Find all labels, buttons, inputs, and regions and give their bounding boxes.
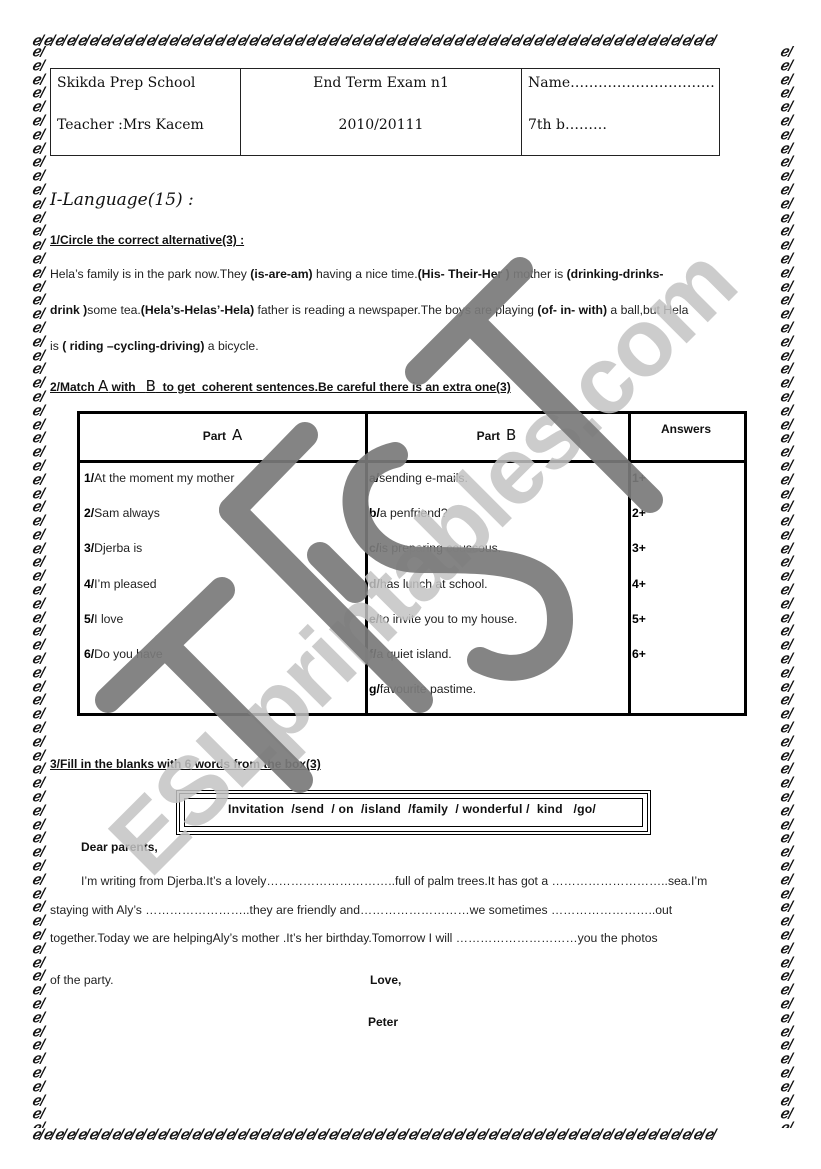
decorative-border-top: ℯ/ℯ/ℯ/ℯ/ℯ/ℯ/ℯ/ℯ/ℯ/ℯ/ℯ/ℯ/ℯ/ℯ/ℯ/ℯ/ℯ/ℯ/ℯ/ℯ/… bbox=[32, 33, 797, 49]
part-b-item: f/a quiet island. bbox=[369, 642, 626, 677]
item-number: c/ bbox=[369, 541, 379, 555]
answer-row: 1+ bbox=[632, 466, 742, 501]
answer-slot[interactable]: 4+ bbox=[632, 577, 646, 591]
item-number: b/ bbox=[369, 506, 380, 520]
part-b-item: a/sending e-mails. bbox=[369, 466, 626, 501]
word-box: Invitation /send / on /island /family / … bbox=[176, 790, 651, 835]
answer-slot[interactable]: 1+ bbox=[632, 471, 646, 485]
school-year: 2010/20111 bbox=[241, 117, 521, 133]
question-1-instruction: 1/Circle the correct alternative(3) : bbox=[50, 233, 244, 247]
part-b-header-label: Part bbox=[477, 429, 500, 443]
part-b-item: c/is preparing couscous. bbox=[369, 536, 626, 571]
decorative-border-left: ℯ/ℯ/ℯ/ℯ/ℯ/ℯ/ℯ/ℯ/ℯ/ℯ/ℯ/ℯ/ℯ/ℯ/ℯ/ℯ/ℯ/ℯ/ℯ/ℯ/… bbox=[32, 46, 48, 1128]
sentence-text: a ball,but Hela bbox=[607, 303, 688, 317]
item-text: has lunch at school. bbox=[380, 577, 488, 591]
item-number: 3/ bbox=[84, 541, 94, 555]
header-school-cell: Skikda Prep School Teacher :Mrs Kacem bbox=[51, 69, 241, 155]
answer-row: 2+ bbox=[632, 501, 742, 536]
answers-header: Answers bbox=[628, 414, 744, 463]
question-2-instruction: 2/Match A with B to get coherent sentenc… bbox=[50, 377, 511, 395]
sentence-text: Hela’s family is in the park now.They bbox=[50, 267, 250, 281]
item-text: is preparing couscous. bbox=[379, 541, 501, 555]
question-1-line: Hela’s family is in the park now.They (i… bbox=[50, 256, 775, 292]
teacher-name: Teacher :Mrs Kacem bbox=[57, 117, 236, 133]
answer-options[interactable]: (His- Their-Her ) bbox=[418, 267, 510, 281]
item-text: a penfriend? bbox=[380, 506, 448, 520]
part-b-item: b/a penfriend? bbox=[369, 501, 626, 536]
item-text: Sam always bbox=[94, 506, 160, 520]
part-b-header-letter: B bbox=[506, 426, 516, 444]
instruction-text: 2/Match bbox=[50, 380, 98, 394]
sentence-text: mother is bbox=[510, 267, 567, 281]
decorative-border-right: ℯ/ℯ/ℯ/ℯ/ℯ/ℯ/ℯ/ℯ/ℯ/ℯ/ℯ/ℯ/ℯ/ℯ/ℯ/ℯ/ℯ/ℯ/ℯ/ℯ/… bbox=[780, 46, 796, 1128]
part-a-header-label: Part bbox=[203, 429, 226, 443]
part-b-item: e/to invite you to my house. bbox=[369, 607, 626, 642]
sentence-text: is bbox=[50, 339, 62, 353]
answer-slot[interactable]: 3+ bbox=[632, 541, 646, 555]
part-a-header-letter: A bbox=[232, 426, 242, 444]
sentence-text: having a nice time. bbox=[313, 267, 418, 281]
item-text: favourite pastime. bbox=[380, 682, 476, 696]
item-text: At the moment my mother bbox=[94, 471, 234, 485]
item-number: 1/ bbox=[84, 471, 94, 485]
answer-slot[interactable]: 6+ bbox=[632, 647, 646, 661]
answer-options[interactable]: (Hela’s-Helas’-Hela) bbox=[141, 303, 254, 317]
letter-line-3: together.Today we are helpingAly’s mothe… bbox=[50, 931, 658, 945]
letter-line-4: of the party. bbox=[50, 973, 113, 987]
part-a-item: 1/At the moment my mother bbox=[84, 466, 363, 501]
answers-column: Answers 1+2+3+4+5+6+ bbox=[628, 414, 744, 713]
item-number: 4/ bbox=[84, 577, 94, 591]
part-a-list: 1/At the moment my mother2/Sam always3/D… bbox=[84, 466, 363, 677]
item-text: Do you have bbox=[94, 647, 162, 661]
answer-options[interactable]: (drinking-drinks- bbox=[567, 267, 664, 281]
sentence-text: a bicycle. bbox=[204, 339, 258, 353]
part-a-item: 4/I’m pleased bbox=[84, 572, 363, 607]
part-a-column: PartA 1/At the moment my mother2/Sam alw… bbox=[80, 414, 368, 713]
header-student-cell: Name…………………………………… 7th b……… bbox=[522, 69, 719, 155]
answers-header-label: Answers bbox=[661, 422, 711, 436]
item-number: e/ bbox=[369, 612, 379, 626]
question-1-line: drink )some tea.(Hela’s-Helas’-Hela) fat… bbox=[50, 292, 775, 328]
part-a-item: 6/Do you have bbox=[84, 642, 363, 677]
matching-table: PartA 1/At the moment my mother2/Sam alw… bbox=[77, 411, 747, 716]
answer-options[interactable]: ( riding –cycling-driving) bbox=[62, 339, 204, 353]
answers-list: 1+2+3+4+5+6+ bbox=[632, 466, 742, 677]
exam-title: End Term Exam n1 bbox=[241, 75, 521, 91]
part-b-column: PartB a/sending e-mails.b/a penfriend?c/… bbox=[365, 414, 631, 713]
part-a-item: 2/Sam always bbox=[84, 501, 363, 536]
item-text: to invite you to my house. bbox=[379, 612, 517, 626]
answer-slot[interactable]: 2+ bbox=[632, 506, 646, 520]
student-class-field[interactable]: 7th b……… bbox=[528, 117, 715, 133]
sentence-text: father is reading a newspaper.The boys a… bbox=[254, 303, 537, 317]
part-letter: B bbox=[146, 377, 156, 395]
exam-header-table: Skikda Prep School Teacher :Mrs Kacem En… bbox=[50, 68, 720, 156]
letter-line-2: staying with Aly’s ……………………..they are fr… bbox=[50, 903, 672, 917]
letter-signature: Peter bbox=[368, 1015, 398, 1029]
part-a-item: 3/Djerba is bbox=[84, 536, 363, 571]
letter-greeting: Dear parents, bbox=[81, 840, 158, 854]
decorative-border-bottom: ℯ/ℯ/ℯ/ℯ/ℯ/ℯ/ℯ/ℯ/ℯ/ℯ/ℯ/ℯ/ℯ/ℯ/ℯ/ℯ/ℯ/ℯ/ℯ/ℯ/… bbox=[32, 1127, 797, 1143]
answer-options[interactable]: drink ) bbox=[50, 303, 87, 317]
item-text: sending e-mails. bbox=[379, 471, 468, 485]
school-name: Skikda Prep School bbox=[57, 75, 236, 91]
part-b-item: g/favourite pastime. bbox=[369, 677, 626, 712]
letter-closing: Love, bbox=[370, 973, 401, 987]
item-text: I love bbox=[94, 612, 123, 626]
student-name-field[interactable]: Name…………………………………… bbox=[528, 75, 715, 91]
instruction-text: to get coherent sentences.Be careful the… bbox=[156, 380, 511, 394]
part-b-list: a/sending e-mails.b/a penfriend?c/is pre… bbox=[369, 466, 626, 712]
answer-row: 6+ bbox=[632, 642, 742, 677]
letter-line-1: I’m writing from Djerba.It’s a lovely………… bbox=[81, 874, 707, 888]
item-text: I’m pleased bbox=[94, 577, 156, 591]
section-title: I-Language(15) : bbox=[50, 190, 194, 210]
question-3-instruction: 3/Fill in the blanks with 6 words from t… bbox=[50, 757, 321, 771]
answer-row: 4+ bbox=[632, 572, 742, 607]
answer-slot[interactable]: 5+ bbox=[632, 612, 646, 626]
part-a-header: PartA bbox=[80, 414, 365, 463]
sentence-text: some tea. bbox=[87, 303, 141, 317]
item-number: a/ bbox=[369, 471, 379, 485]
question-1-paragraph: Hela’s family is in the park now.They (i… bbox=[50, 256, 775, 364]
item-number: g/ bbox=[369, 682, 380, 696]
part-letter: A bbox=[98, 377, 108, 395]
part-b-item: d/has lunch at school. bbox=[369, 572, 626, 607]
worksheet-page: ℯ/ℯ/ℯ/ℯ/ℯ/ℯ/ℯ/ℯ/ℯ/ℯ/ℯ/ℯ/ℯ/ℯ/ℯ/ℯ/ℯ/ℯ/ℯ/ℯ/… bbox=[0, 0, 821, 1169]
part-a-item: 5/I love bbox=[84, 607, 363, 642]
header-exam-cell: End Term Exam n1 2010/20111 bbox=[241, 69, 522, 155]
part-b-header: PartB bbox=[365, 414, 628, 463]
item-number: 5/ bbox=[84, 612, 94, 626]
question-1-line: is ( riding –cycling-driving) a bicycle. bbox=[50, 328, 775, 364]
item-number: 6/ bbox=[84, 647, 94, 661]
answer-options[interactable]: (is-are-am) bbox=[250, 267, 312, 281]
item-number: d/ bbox=[369, 577, 380, 591]
instruction-text: with bbox=[108, 380, 145, 394]
item-text: a quiet island. bbox=[376, 647, 451, 661]
item-text: Djerba is bbox=[94, 541, 142, 555]
answer-row: 3+ bbox=[632, 536, 742, 571]
word-box-words: Invitation /send / on /island /family / … bbox=[228, 802, 596, 816]
answer-row: 5+ bbox=[632, 607, 742, 642]
answer-options[interactable]: (of- in- with) bbox=[537, 303, 607, 317]
item-number: 2/ bbox=[84, 506, 94, 520]
